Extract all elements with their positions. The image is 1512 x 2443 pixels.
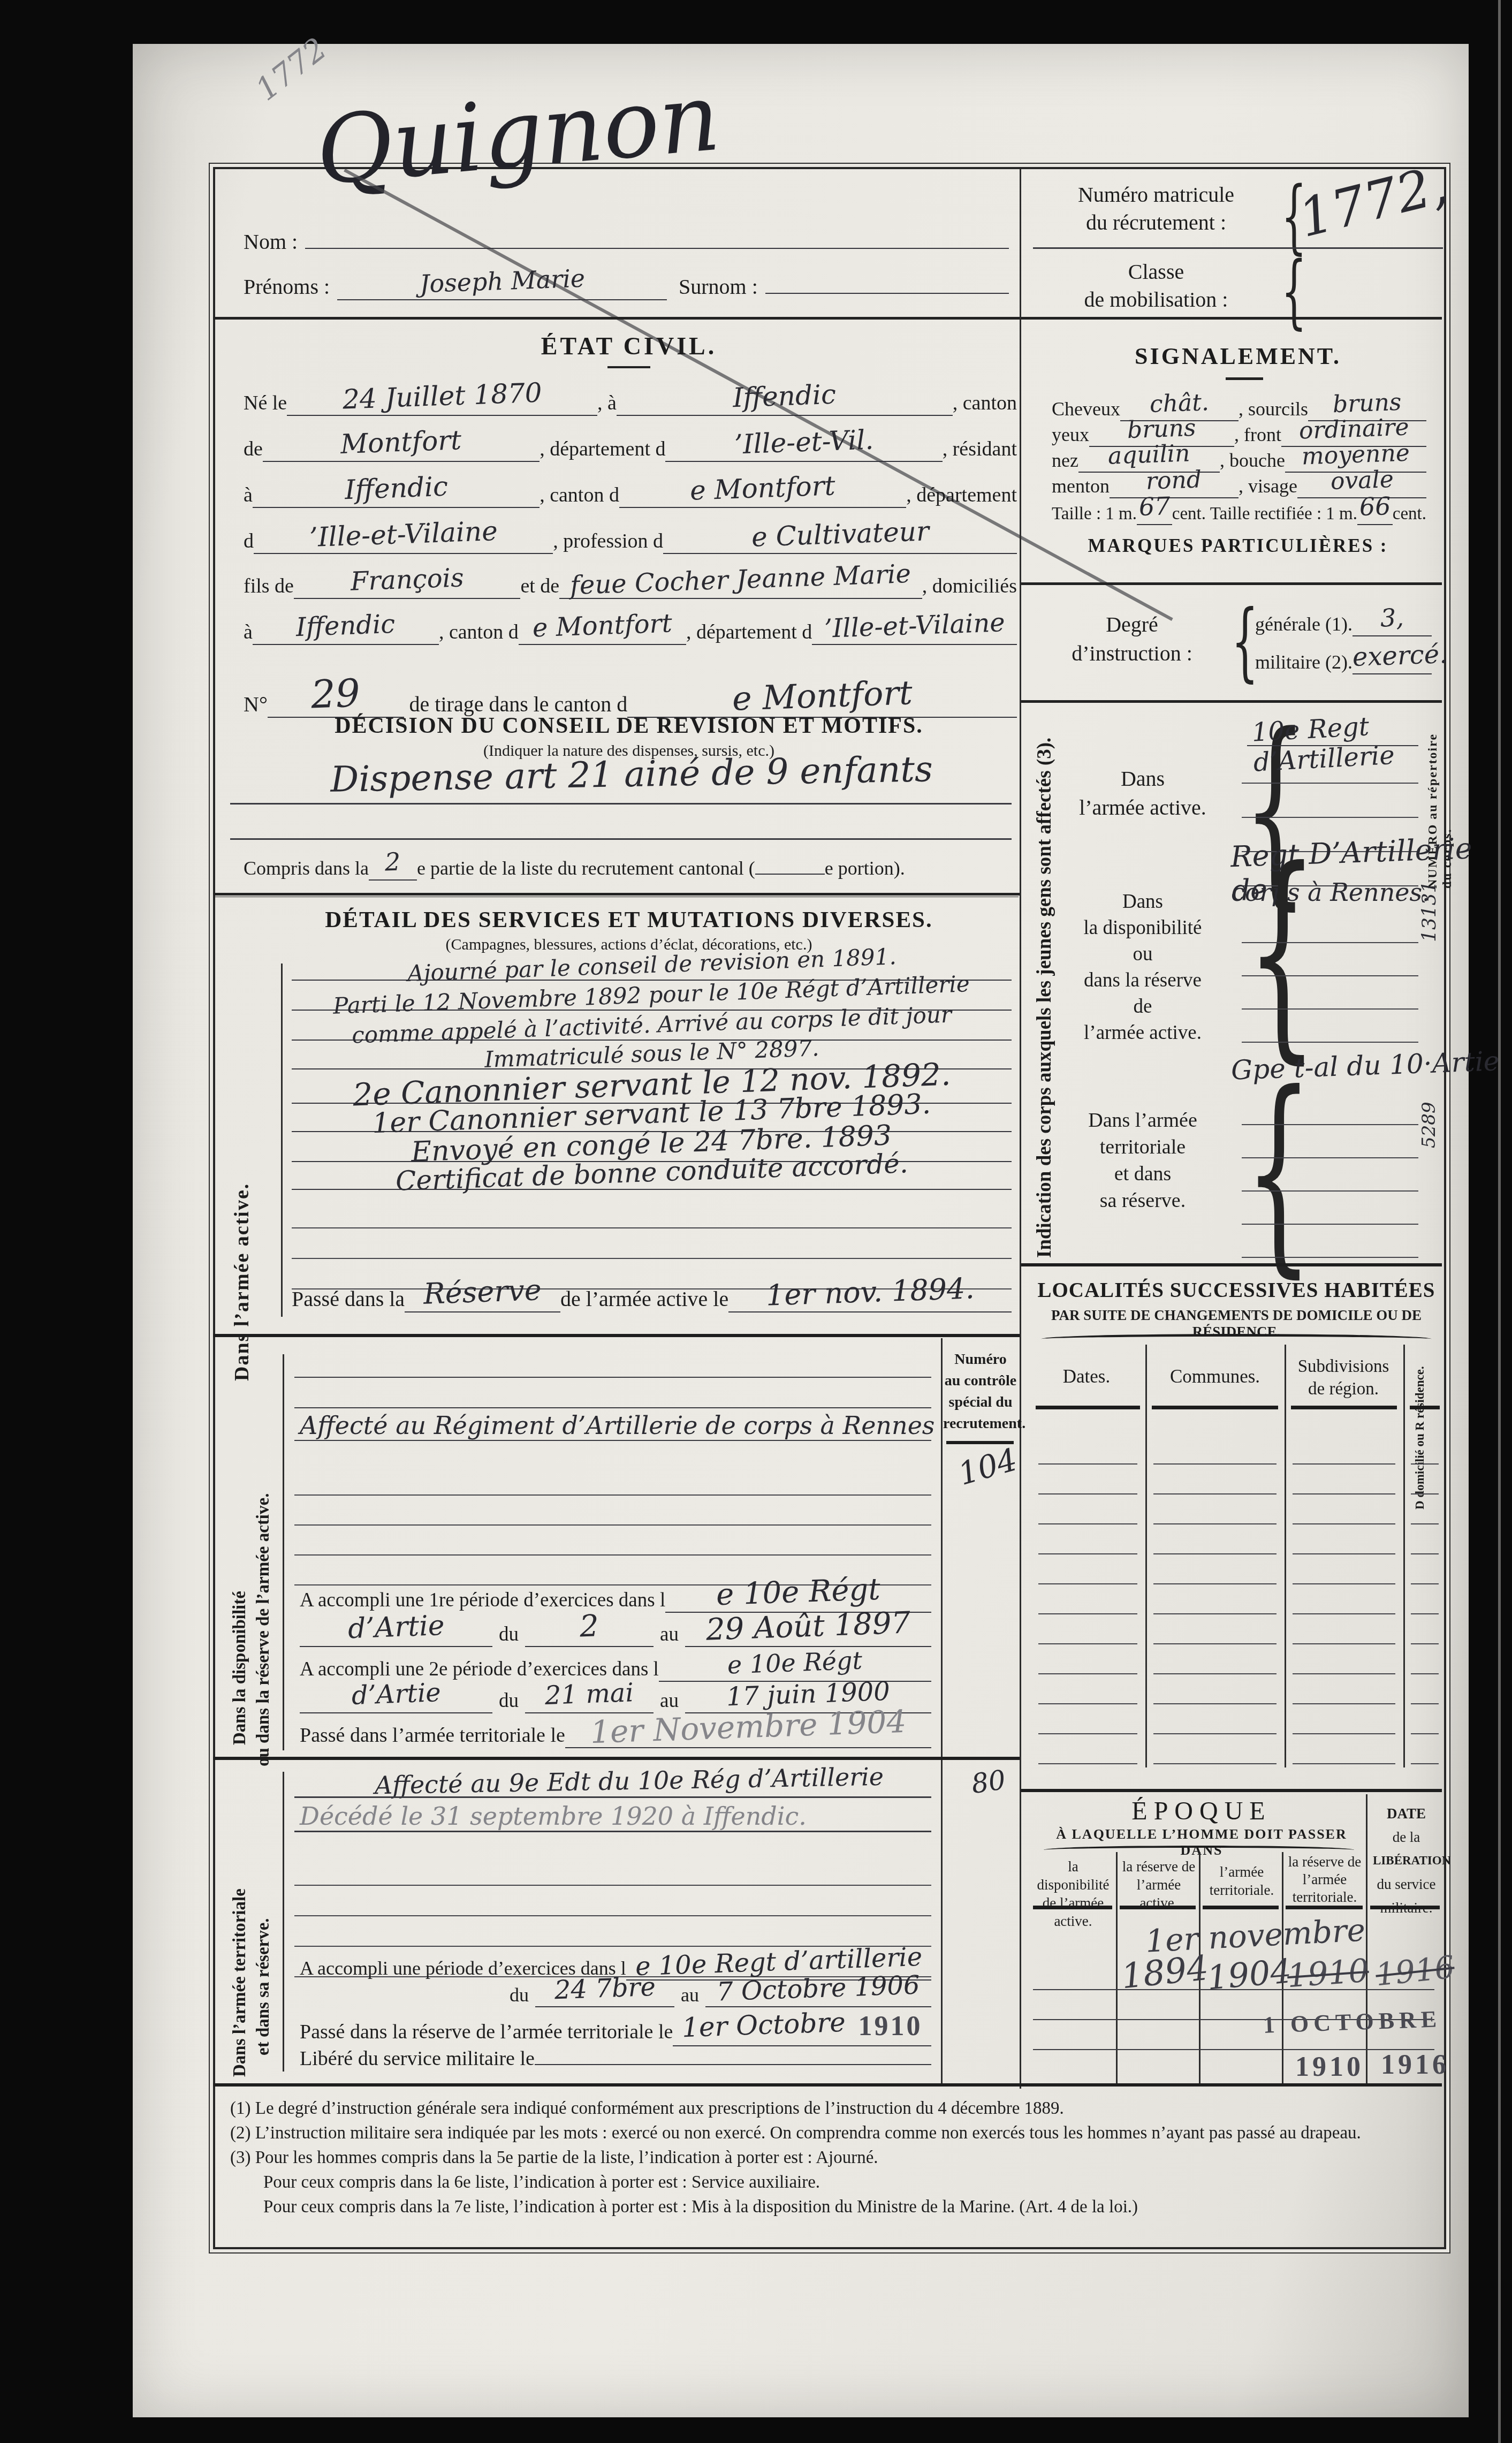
epoque-head-rule-2 [1120,1906,1196,1909]
libere-field [535,2064,931,2065]
epoque-head-rule-3 [1203,1906,1279,1909]
periode2-start-field: 21 mai [525,1687,654,1713]
controle-column-divider [941,1338,943,2083]
canton-value-field: Montfort [263,435,540,462]
domicilies-label: , domiciliés [922,574,1017,598]
domicile-dept-field: ’Ille-et-Vilaine [812,619,1017,645]
localites-rows-subdiv [1293,1435,1395,1764]
footnote-3: (3) Pour les hommes compris dans la 5e p… [230,2145,1434,2170]
front-label: , front [1234,423,1281,446]
localites-col-communes: Communes. [1151,1366,1279,1387]
periode2-du-label: du [499,1689,519,1712]
taille-label: Taille : 1 m. [1052,504,1137,524]
header-rule-1 [1033,247,1443,249]
compris-partie-field: 2 [369,855,417,881]
epoque-value-1904: 1904 [1205,1951,1293,1997]
residence-dept-label: , département [906,483,1017,507]
dispo-empty-line-2 [294,1407,931,1408]
epoque-date-header: DATE de la LIBÉRATION du service militai… [1373,1802,1440,1919]
periode1-du-label: du [499,1623,519,1646]
services-line-3: comme appelé à l’activité. Arrivé au cor… [292,1019,1012,1041]
periode2-artie-field: d’Artie [300,1687,492,1713]
epoque-title: ÉPOQUE [1033,1796,1370,1826]
footnote-5: Pour ceux compris dans la 7e liste, l’in… [230,2195,1434,2219]
localites-title: LOCALITÉS SUCCESSIVES HABITÉES [1028,1278,1445,1302]
epoque-row-line-3 [1033,2049,1434,2050]
localites-rows-communes [1153,1435,1277,1764]
degre-militaire-field: exercé. [1353,649,1432,674]
passe-territoriale-field: 1er Novembre 1904 [565,1717,931,1748]
localites-rows-side [1411,1435,1439,1764]
profession-field: e Cultivateur [663,527,1017,554]
terr-reserve-label: Passé dans la réserve de l’armée territo… [300,2020,673,2044]
corps-terr-number: 5289 [1418,1063,1440,1148]
compris-label-2: e partie de la liste du recrutement cant… [417,857,755,879]
epoque-col3-header: l’armée territoriale. [1202,1863,1282,1899]
terr-du-label: du [510,1984,529,2006]
taille-rectifiee-label: cent. Taille rectifiée : 1 m. [1172,504,1357,524]
terr-margin-label-2: et dans sa réserve. [254,1820,273,2055]
sourcils-label: , sourcils [1239,398,1308,420]
residence-a-label: à [244,483,253,507]
residence-field: Iffendic [253,481,540,508]
residence-canton-label: , canton d [540,483,619,507]
dispo-bracket [283,1354,284,1750]
nez-label: nez [1052,449,1078,472]
footnote-2: (2) L’instruction militaire sera indiqué… [230,2121,1434,2145]
surnom-label: Surnom : [679,274,758,299]
residant-label: , résidant [943,437,1017,461]
services-line-8: Certificat de bonne conduite accordé. [292,1165,1012,1190]
footnote-1: (1) Le degré d’instruction générale sera… [230,2096,1434,2121]
degre-bottom-rule [1021,700,1442,703]
corps-active-label: Dans l’armée active. [1070,764,1215,822]
father-field: François [294,573,520,599]
stamp-1910-inline: 1910 [858,2010,922,2042]
taille-rectifiee-field: 66 [1357,500,1393,525]
passe-territoriale-label: Passé dans l’armée territoriale le [300,1724,565,1747]
compris-label-3: e portion). [825,857,905,879]
nom-label: Nom : [244,229,298,254]
fils-de-label: fils de [244,574,294,598]
surnom-field [765,293,1009,294]
localites-col-dates: Dates. [1033,1366,1140,1387]
a-label: , à [597,391,617,415]
profession-label: , profession d [553,529,663,553]
passe-reserve-label-1: Passé dans la [292,1286,405,1311]
stamp-1910: 1910 [1295,2051,1364,2083]
decision-rule-1 [230,803,1012,805]
epoque-head-rule-5 [1370,1906,1440,1909]
birth-place-field: Iffendic [617,389,953,416]
corps-vertical-label: Indication des corps auxquels les jeunes… [1033,717,1056,1258]
terr-margin-label-1: Dans l’armée territoriale [230,1799,250,2077]
nom-field [305,248,1009,249]
epoque-head-rule-1 [1033,1906,1112,1909]
compris-label: Compris dans la [244,857,369,879]
degre-generale-field: 3, [1353,611,1432,636]
departement-label: , département d [540,437,665,461]
periode1-label: A accompli une 1re période d’exercices d… [300,1589,665,1612]
etat-civil-title: ÉTAT CIVIL. [244,332,1014,360]
domicile-a-label: à [244,620,253,644]
epoque-col1-header: la disponibilité de l’armée active. [1030,1857,1116,1930]
corps-terr-label: Dans l’armée territoriale et dans sa rés… [1065,1107,1220,1214]
epoque-head-rule-4 [1286,1906,1363,1909]
taille-field: 67 [1137,500,1172,525]
prenoms-field: Joseph Marie [337,274,667,300]
domicile-canton-field: e Montfort [519,619,686,645]
passe-reserve-label-2: de l’armée active le [560,1286,728,1311]
localites-head-rule-3 [1291,1406,1397,1409]
degre-militaire-label: militaire (2). [1255,651,1353,673]
tirage-number-field: 29 [268,681,404,718]
decision-bottom-rule [213,893,1020,896]
domicile-field: Iffendic [253,619,439,645]
terr-reserve-field: 1er Octobre 1910 [673,2014,931,2046]
services-subtitle: (Campagnes, blessures, actions d’éclat, … [244,936,1014,954]
header-bottom-rule [213,317,1442,320]
terr-au-label: au [681,1984,699,2006]
header-divider [1020,169,1021,318]
terr-periode-end-field: 7 Octobre 1906 [705,1982,931,2007]
epoque-date-divider [1366,1794,1367,2083]
menton-field: rond [1110,474,1239,498]
services-title: DÉTAIL DES SERVICES ET MUTATIONS DIVERSE… [244,907,1014,933]
corps-dispo-number: 13131 [1418,835,1440,942]
signalement-bottom-rule [1021,582,1442,585]
deces-note: Décédé le 31 septembre 1920 à Iffendic. [300,1802,807,1831]
dispo-margin-label-2: ou dans la réserve de l’armée active. [254,1370,273,1766]
dept2-label: d [244,529,254,553]
terr-bracket [283,1772,284,2072]
passe-reserve-date-field: 1er nov. 1894. [728,1284,1012,1312]
localites-div-1 [1145,1345,1147,1767]
residence-canton-field: e Montfort [619,481,906,508]
dispo-margin-label-1: Dans la disponibilité [230,1392,250,1745]
periode1-au-label: au [660,1623,679,1646]
localites-rows-dates [1038,1435,1137,1764]
prenoms-value: Joseph Marie [419,268,585,295]
corps-terr-lines [1242,1092,1418,1258]
epoque-col2-header: la réserve de l’armée active. [1119,1857,1199,1912]
dispo-empty-line-1 [294,1377,931,1378]
terr-periode-start-field: 24 7bre [535,1982,674,2007]
services-bracket [281,963,283,1317]
de-label: de [244,437,263,461]
epoque-row-line-1 [1033,1989,1434,1990]
stamp-1916: 1916 [1381,2049,1449,2081]
prenoms-label: Prénoms : [244,274,330,299]
periode2-au-label: au [660,1689,679,1712]
deces-underline [294,1831,931,1832]
military-register-page: 1772 Quignon Nom : Prénoms : Joseph Mari… [0,0,1512,2443]
terr-affecte-underline [294,1796,931,1798]
services-margin-label: Dans l’armée active. [230,1049,254,1381]
etat-civil-flourish [607,366,650,368]
localites-head-rule-4 [1410,1406,1440,1409]
libere-label: Libéré du service militaire le [300,2047,535,2070]
departement-value-field: ’Ille-et-Vil. [665,435,942,462]
signalement-title: SIGNALEMENT. [1033,343,1443,370]
periode1-start-field: 2 [525,1618,654,1647]
mother-field: feue Cocher Jeanne Marie [559,573,922,599]
domicile-dept-label: , département d [686,620,812,644]
classe-brace: { [1281,252,1307,332]
periode2-label: A accompli une 2e période d’exercices da… [300,1658,659,1681]
matricule-label: Numéro matricule du récrutement : [1044,181,1268,237]
localites-div-3 [1403,1345,1405,1767]
localites-col-subdiv: Subdivisions de région. [1287,1355,1400,1400]
signalement-flourish [1226,377,1263,380]
classe-label: Classe de mobilisation : [1044,258,1268,314]
bottom-section-rule [213,2083,1442,2087]
dispo-affecte-underline [294,1440,931,1441]
decision-title: DÉCISION DU CONSEIL DE REVISION ET MOTIF… [244,713,1014,739]
corps-dispo-label: Dans la disponibilité ou dans la réserve… [1070,889,1215,1046]
book-edge [1498,0,1501,2443]
periode2-regiment-field: e 10e Régt [659,1656,931,1682]
passe-reserve-field: Réserve [405,1284,560,1312]
degre-brace: { [1231,598,1258,684]
epoque-col4-header: la réserve de l’armée territoriale. [1285,1853,1365,1906]
controle-header: Numéro au contrôle spécial du recrutemen… [943,1349,1018,1435]
dispo-empty-lines [294,1466,931,1585]
footnote-4: Pour ceux compris dans la 6e liste, l’in… [230,2170,1434,2195]
et-de-label: et de [520,574,559,598]
visage-label: , visage [1239,475,1297,497]
localites-head-rule-2 [1152,1406,1278,1409]
periode1-artie-field: d’Artie [300,1619,492,1647]
cent-label: cent. [1393,504,1426,524]
decision-rule-2 [230,838,1012,840]
corps-dispo-lines [1242,910,1418,1043]
dispo-bottom-rule [213,1757,1020,1760]
canton-label: , canton [953,391,1017,415]
corps-active-underline [1247,745,1418,746]
degre-label: Degré d’instruction : [1044,610,1220,668]
services-bottom-rule [213,1334,1020,1337]
menton-label: menton [1052,475,1110,497]
cheveux-label: Cheveux [1052,398,1120,420]
localites-brace-ornament [1041,1334,1432,1344]
localites-head-rule-1 [1036,1406,1140,1409]
domicile-canton-label: , canton d [439,620,519,644]
yeux-label: yeux [1052,423,1089,446]
localites-div-2 [1285,1345,1286,1767]
ne-le-label: Né le [244,391,287,415]
bouche-label: , bouche [1220,449,1285,472]
birth-date-field: 24 Juillet 1870 [287,389,597,416]
dispo-affecte-value: Affecté au Régiment d’Artillerie de corp… [300,1411,934,1440]
corps-bottom-rule [1021,1263,1442,1266]
marques-title: MARQUES PARTICULIÈRES : [1033,535,1443,557]
dept2-field: ’Ille-et-Vilaine [254,527,553,554]
periode1-end-field: 29 Août 1897 [685,1618,931,1647]
epoque-top-rule [1021,1789,1442,1792]
degre-generale-label: générale (1). [1255,613,1353,635]
compris-portion-field [755,874,825,875]
terr-affecte-number: 80 [969,1764,1007,1800]
